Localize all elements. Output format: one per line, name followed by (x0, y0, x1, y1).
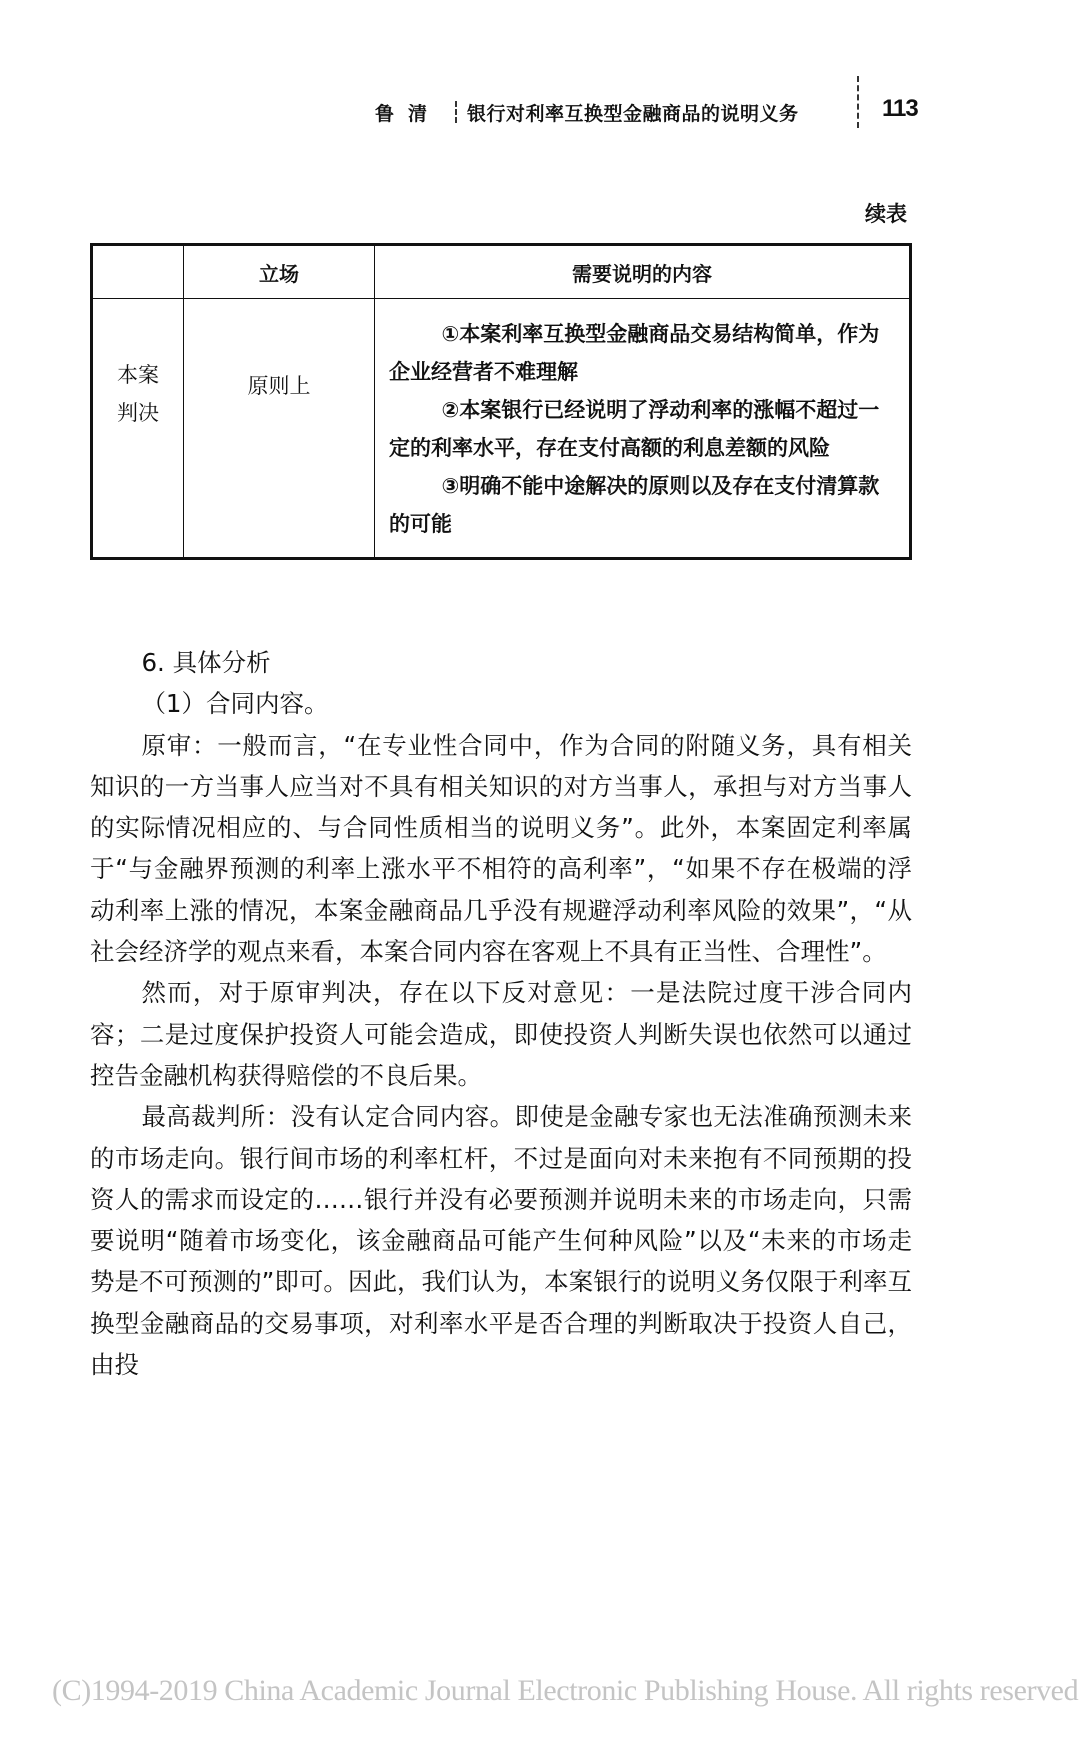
content-item: ①本案利率互换型金融商品交易结构简单，作为企业经营者不难理解 (389, 315, 897, 391)
copyright-notice: (C)1994-2019 China Academic Journal Elec… (52, 1674, 1080, 1708)
article-title: 银行对利率互换型金融商品的说明义务 (467, 99, 799, 126)
column-header-blank (92, 245, 184, 299)
subsection-heading: （1）合同内容。 (90, 683, 912, 724)
body-text: 6. 具体分析 （1）合同内容。 原审：一般而言，“在专业性合同中，作为合同的附… (90, 642, 912, 1385)
table-header-row: 立场 需要说明的内容 (92, 245, 911, 299)
paragraph: 最高裁判所：没有认定合同内容。即使是金融专家也无法准确预测未来的市场走向。银行间… (90, 1096, 912, 1385)
case-label-line: 本案 (94, 356, 182, 394)
content-cell: ①本案利率互换型金融商品交易结构简单，作为企业经营者不难理解 ②本案银行已经说明… (375, 299, 911, 559)
page-number: 113 (882, 95, 918, 123)
paragraph: 原审：一般而言，“在专业性合同中，作为合同的附随义务，具有相关知识的一方当事人应… (90, 725, 912, 973)
case-label-cell: 本案 判决 (92, 299, 184, 559)
column-header-position: 立场 (184, 245, 375, 299)
page-number-divider (857, 76, 859, 128)
column-header-content: 需要说明的内容 (375, 245, 911, 299)
paragraph: 然而，对于原审判决，存在以下反对意见：一是法院过度干涉合同内容；二是过度保护投资… (90, 972, 912, 1096)
content-item: ③明确不能中途解决的原则以及存在支付清算款的可能 (389, 467, 897, 543)
running-header: 鲁清 银行对利率互换型金融商品的说明义务 (375, 94, 799, 130)
case-label-line: 判决 (94, 394, 182, 432)
section-heading: 6. 具体分析 (90, 642, 912, 683)
table-continued-label: 续表 (865, 198, 907, 228)
content-item: ②本案银行已经说明了浮动利率的涨幅不超过一定的利率水平，存在支付高额的利息差额的… (389, 391, 897, 467)
table-row: 本案 判决 原则上 ①本案利率互换型金融商品交易结构简单，作为企业经营者不难理解… (92, 299, 911, 559)
judgment-table: 立场 需要说明的内容 本案 判决 原则上 ①本案利率互换型金融商品交易结构简单，… (90, 243, 912, 560)
author-name: 鲁清 (375, 99, 441, 126)
header-divider (455, 101, 457, 123)
position-cell: 原则上 (184, 299, 375, 559)
